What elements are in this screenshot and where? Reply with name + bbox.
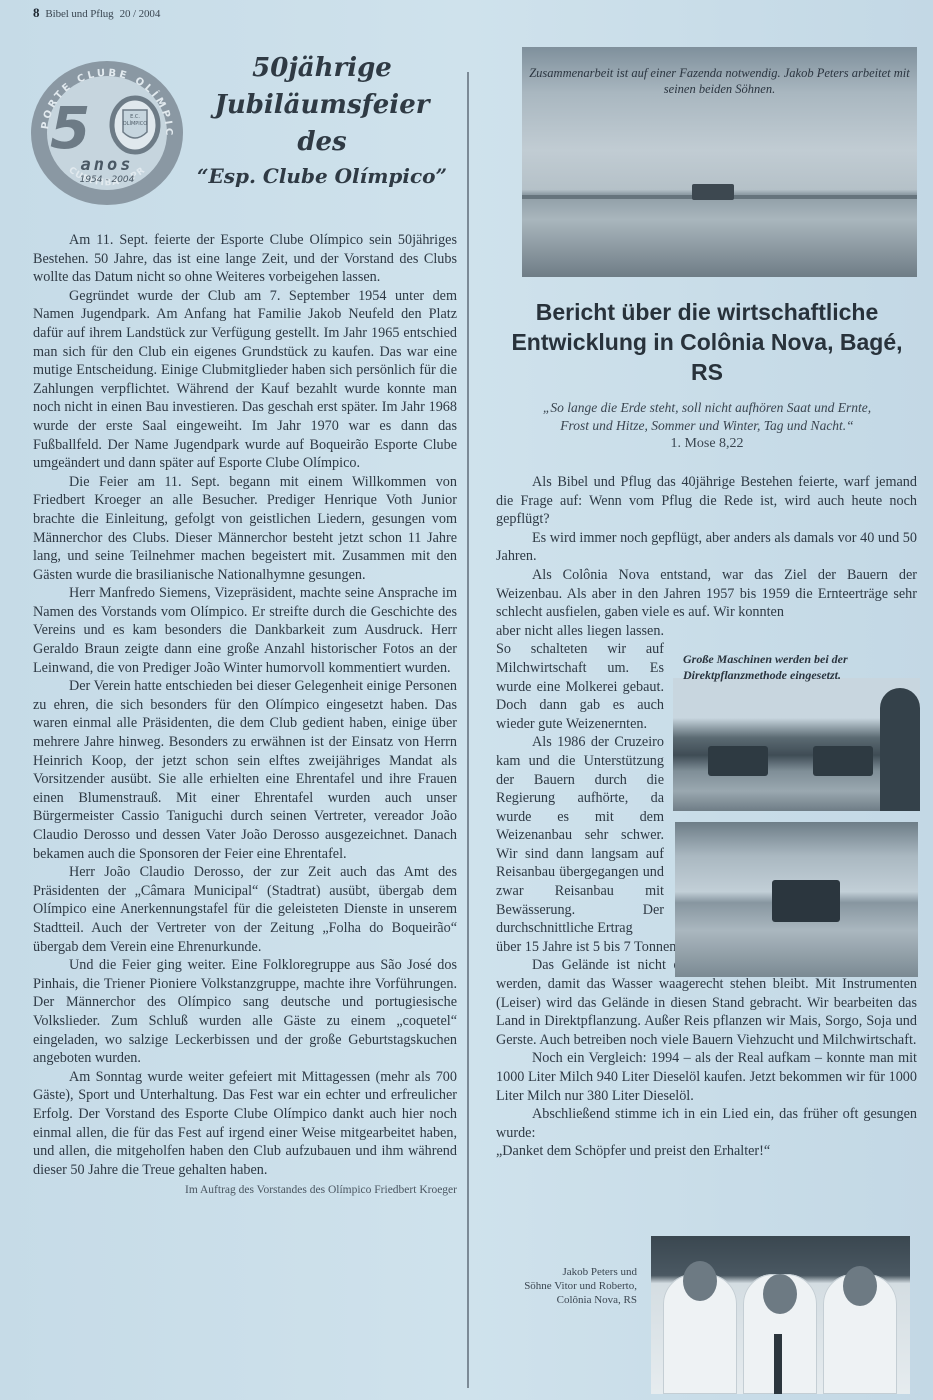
tractors-image xyxy=(673,678,920,811)
esporte-clube-olimpico-emblem-icon: ESPORTE CLUBE OLÍMPICO CURITIBA - PR 5 E… xyxy=(28,58,186,208)
headline-line-3: des xyxy=(172,124,472,161)
quote-reference: 1. Mose 8,22 xyxy=(497,435,917,453)
caption-line: Söhne Vitor und Roberto, xyxy=(497,1279,637,1293)
photo-tractor xyxy=(813,746,873,776)
paragraph: Und die Feier ging weiter. Eine Folklore… xyxy=(33,956,457,1068)
column-divider xyxy=(467,72,469,1388)
right-article-headline: Bericht über die wirtschaftliche Entwick… xyxy=(497,297,917,387)
svg-text:E.C.: E.C. xyxy=(130,114,140,120)
caption-line: Jakob Peters und xyxy=(497,1265,637,1279)
paragraph: Am 11. Sept. feierte der Esporte Clube O… xyxy=(33,231,457,287)
svg-text:anos: anos xyxy=(81,155,134,175)
photo-head xyxy=(683,1261,717,1301)
bible-quote: „So lange die Erde steht, soll nicht auf… xyxy=(497,399,917,453)
paragraph: Noch ein Vergleich: 1994 – als der Real … xyxy=(496,1049,917,1105)
paragraph: Am Sonntag wurde weiter gefeiert mit Mit… xyxy=(33,1068,457,1180)
paragraph: aber nicht alles liegen lassen. So schal… xyxy=(496,622,664,734)
photo-caption: Große Maschinen werden bei der Direktpfl… xyxy=(683,651,913,683)
quote-line-1: „So lange die Erde steht, soll nicht auf… xyxy=(497,399,917,417)
paragraph: Die Feier am 11. Sept. begann mit einem … xyxy=(33,473,457,585)
issue-number: 20 / 2004 xyxy=(120,8,161,20)
svg-text:OLÍMPICO: OLÍMPICO xyxy=(123,120,147,127)
photo-head xyxy=(763,1274,797,1314)
people-photo-caption: Jakob Peters und Söhne Vitor und Roberto… xyxy=(497,1265,637,1307)
paragraph: Der Verein hatte entschieden bei dieser … xyxy=(33,677,457,863)
paragraph: Als 1986 der Cruzeiro kam und die Unters… xyxy=(496,733,664,938)
paragraph: Als Bibel und Pflug das 40jährige Besteh… xyxy=(496,473,917,529)
fazenda-field-photo: Zusammenarbeit ist auf einer Fazenda not… xyxy=(522,47,917,277)
song-title: „Danket dem Schöpfer und preist den Erha… xyxy=(496,1142,917,1161)
paragraph: Gegründet wurde der Club am 7. September… xyxy=(33,287,457,473)
left-article-headline: 50jährige Jubiläumsfeier des “Esp. Clube… xyxy=(172,50,472,191)
photo-tree xyxy=(880,688,920,811)
headline-line-1: 50jährige xyxy=(172,50,472,87)
headline-line-4: “Esp. Clube Olímpico” xyxy=(172,161,472,191)
publication-name: Bibel und Pflug xyxy=(45,8,113,20)
photo-harvester xyxy=(692,184,734,200)
photo-combine-harvester xyxy=(772,880,840,922)
narrow-text-column: aber nicht alles liegen lassen. So schal… xyxy=(496,622,664,938)
photo-caption: Zusammenarbeit ist auf einer Fazenda not… xyxy=(522,65,917,97)
peters-family-photo xyxy=(651,1236,910,1394)
article-signature: Im Auftrag des Vorstandes des Olímpico F… xyxy=(33,1181,457,1200)
machines-photo: Große Maschinen werden bei der Direktpfl… xyxy=(673,648,920,811)
right-article-body: Als Bibel und Pflug das 40jährige Besteh… xyxy=(496,473,917,1161)
paragraph: Herr Manfredo Siemens, Vizepräsident, ma… xyxy=(33,584,457,677)
caption-line: Colônia Nova, RS xyxy=(497,1293,637,1307)
paragraph: Herr João Claudio Derosso, der zur Zeit … xyxy=(33,863,457,956)
rice-harvest-photo xyxy=(675,822,918,977)
paragraph: Es wird immer noch gepflügt, aber anders… xyxy=(496,529,917,566)
club-anniversary-logo: ESPORTE CLUBE OLÍMPICO CURITIBA - PR 5 E… xyxy=(28,58,186,208)
svg-text:5: 5 xyxy=(50,94,90,162)
headline-line-2: Jubiläumsfeier xyxy=(172,87,472,124)
headline-line-2: Entwicklung in Colônia Nova, Bagé, RS xyxy=(497,327,917,387)
svg-text:1954 - 2004: 1954 - 2004 xyxy=(80,175,135,185)
quote-line-2: Frost und Hitze, Sommer und Winter, Tag … xyxy=(497,417,917,435)
photo-tie xyxy=(774,1334,782,1394)
photo-head xyxy=(843,1266,877,1306)
headline-line-1: Bericht über die wirtschaftliche xyxy=(497,297,917,327)
photo-tractor xyxy=(708,746,768,776)
page-number: 8 xyxy=(33,5,39,20)
paragraph: Abschließend stimme ich in ein Lied ein,… xyxy=(496,1105,917,1142)
paragraph: Als Colônia Nova entstand, war das Ziel … xyxy=(496,566,917,622)
page-header: 8Bibel und Pflug20 / 2004 xyxy=(33,5,160,21)
left-article-body: Am 11. Sept. feierte der Esporte Clube O… xyxy=(33,231,457,1200)
